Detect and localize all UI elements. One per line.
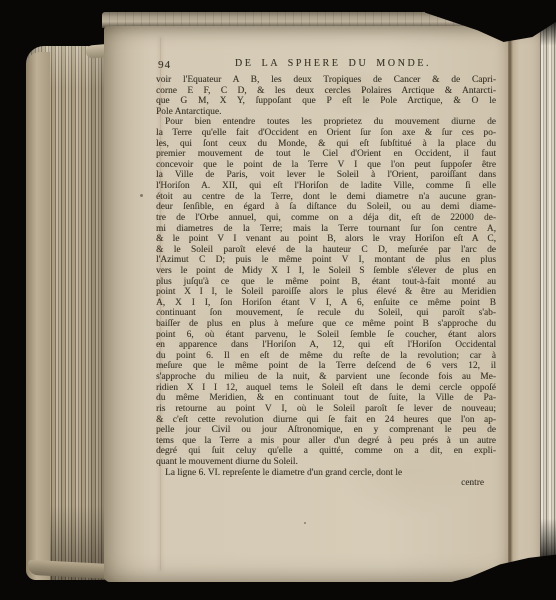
text-line: l'Horiſon A. XII, qui eſt l'Horiſon de l… <box>156 181 496 192</box>
text-line: du même Meridien, & en continuant tout d… <box>156 393 496 404</box>
text-line: étoit au centre de la Terre, dont le dem… <box>156 192 496 203</box>
text-line: continuant ſon mouvement, ſe recule du S… <box>156 308 496 319</box>
text-line: vers le point de Midy X I I, le Soleil S… <box>156 266 496 277</box>
text-line: Pour bien entendre toutes les proprietez… <box>156 117 496 128</box>
book-photograph: 94 DE LA SPHERE DU MONDE. voir l'Equateu… <box>0 0 556 600</box>
body-text: voir l'Equateur A B, les deux Tropiques … <box>156 75 496 478</box>
page-header: 94 DE LA SPHERE DU MONDE. <box>156 58 496 72</box>
text-line: quant le mouvement diurne du Soleil. <box>156 457 496 468</box>
paper-speck <box>304 522 306 524</box>
text-line: tems que la Terre a mis pour aller d'un … <box>156 436 496 447</box>
text-line: baiſſer de plus en plus à meſure que ce … <box>156 319 496 330</box>
text-line: meſure que le même point de la Terre deſ… <box>156 361 496 372</box>
text-line: tre de l'Orbe annuel, qui, comme on a dé… <box>156 213 496 224</box>
text-line: ridien X I I 12, auquel tems le Soleil e… <box>156 383 496 394</box>
text-line: plus juſqu'à ce que le même point B, éta… <box>156 277 496 288</box>
right-page-stack-edge <box>540 18 556 574</box>
text-line: mi diametres de la Terre; mais la Terre … <box>156 224 496 235</box>
text-line: A, X I I, ſon Horiſon étant V I, A 6, en… <box>156 298 496 309</box>
text-line: la Terre qu'elle fait d'Occident en Orie… <box>156 128 496 139</box>
page-number: 94 <box>158 59 171 71</box>
text-line: corne E F, C D, & les deux cercles Polai… <box>156 86 496 97</box>
book-page: 94 DE LA SPHERE DU MONDE. voir l'Equateu… <box>104 26 508 582</box>
left-outer-page-edge <box>26 52 50 580</box>
text-line: les, qui ſont ceux du Monde, & qui eſt ſ… <box>156 139 496 150</box>
text-line: du point 6. Il en eſt de même du reſte d… <box>156 351 496 362</box>
text-line: que G M, X Y, ſuppoſant que P eſt le Pol… <box>156 96 496 107</box>
catchword: centre <box>156 478 496 489</box>
text-line: en apparence dans l'Horiſon A, 12, qui e… <box>156 340 496 351</box>
text-line: Pole Antarctique. <box>156 107 496 118</box>
text-line: voir l'Equateur A B, les deux Tropiques … <box>156 75 496 86</box>
text-line: deur ſenſible, en égard à ſa diſtance du… <box>156 202 496 213</box>
text-line: La ligne 6. VI. repreſente le diametre d… <box>156 468 496 479</box>
text-line: degré qui ſuit celuy qu'elle a quitté, c… <box>156 446 496 457</box>
text-line: & c'eſt cette revolution diurne qui ſe f… <box>156 415 496 426</box>
running-header: DE LA SPHERE DU MONDE. <box>156 58 496 69</box>
text-line: s'approche du milieu de la nuit, & parvi… <box>156 372 496 383</box>
text-block: 94 DE LA SPHERE DU MONDE. voir l'Equateu… <box>156 58 496 489</box>
text-line: concevoir que le point de la Terre V I q… <box>156 160 496 171</box>
text-line: & le point V I venant au point B, alors … <box>156 234 496 245</box>
text-line: premier mouvement de tout le Ciel d'Orie… <box>156 149 496 160</box>
text-line: pelle jour Civil ou jour Aſtronomique, e… <box>156 425 496 436</box>
text-line: ris retourne au point V I, où le Soleil … <box>156 404 496 415</box>
text-line: & le Soleil paroît elevé de la hauteur C… <box>156 245 496 256</box>
paper-speck <box>140 194 143 197</box>
text-line: point 6, où étant parvenu, le Soleil ſem… <box>156 330 496 341</box>
gutter-fold <box>508 26 540 582</box>
text-line: point X I I, le Soleil paroiſſe alors le… <box>156 287 496 298</box>
text-line: l'Azimut C D; puis le même point V I, mo… <box>156 255 496 266</box>
text-line: la Ville de Paris, voit lever le Soleil … <box>156 170 496 181</box>
